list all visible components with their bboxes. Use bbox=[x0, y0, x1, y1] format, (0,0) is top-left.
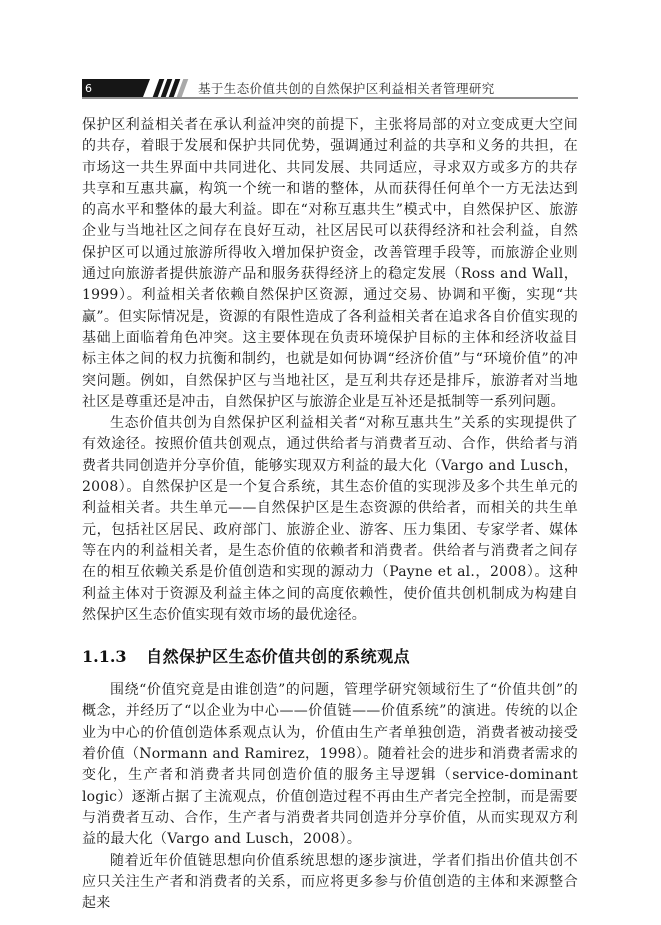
running-title: 基于生态价值共创的自然保护区利益相关者管理研究 bbox=[198, 79, 495, 97]
section-heading-1-1-3: 1.1.3 自然保护区生态价值共创的系统观点 bbox=[82, 647, 578, 667]
header-row: 6 基于生态价值共创的自然保护区利益相关者管理研究 bbox=[82, 79, 578, 99]
page-number-bar: 6 bbox=[82, 79, 150, 97]
page-body: 保护区利益相关者在承认利益冲突的前提下，主张将局部的对立变成更大空间的共存，着眼… bbox=[82, 115, 578, 914]
page-header: 6 基于生态价值共创的自然保护区利益相关者管理研究 bbox=[82, 79, 578, 99]
diagonal-stripes-decoration bbox=[156, 79, 188, 97]
paragraph-value-cocreation-path: 生态价值共创为自然保护区利益相关者“对称互惠共生”关系的实现提供了有效途径。按照… bbox=[82, 413, 578, 626]
section-number: 1.1.3 bbox=[82, 647, 127, 666]
paragraph-symbiosis-continuation: 保护区利益相关者在承认利益冲突的前提下，主张将局部的对立变成更大空间的共存，着眼… bbox=[82, 115, 578, 413]
document-page: 6 基于生态价值共创的自然保护区利益相关者管理研究 保护区利益相关者在承认利益冲… bbox=[0, 0, 661, 925]
page-number: 6 bbox=[82, 83, 92, 94]
section-title: 自然保护区生态价值共创的系统观点 bbox=[146, 647, 410, 666]
paragraph-value-system-trend: 随着近年价值链思想向价值系统思想的逐步演进，学者们指出价值共创不应只关注生产者和… bbox=[82, 851, 578, 915]
paragraph-value-creation-evolution: 围绕“价值究竟是由谁创造”的问题，管理学研究领域衍生了“价值共创”的概念，并经历… bbox=[82, 680, 578, 850]
